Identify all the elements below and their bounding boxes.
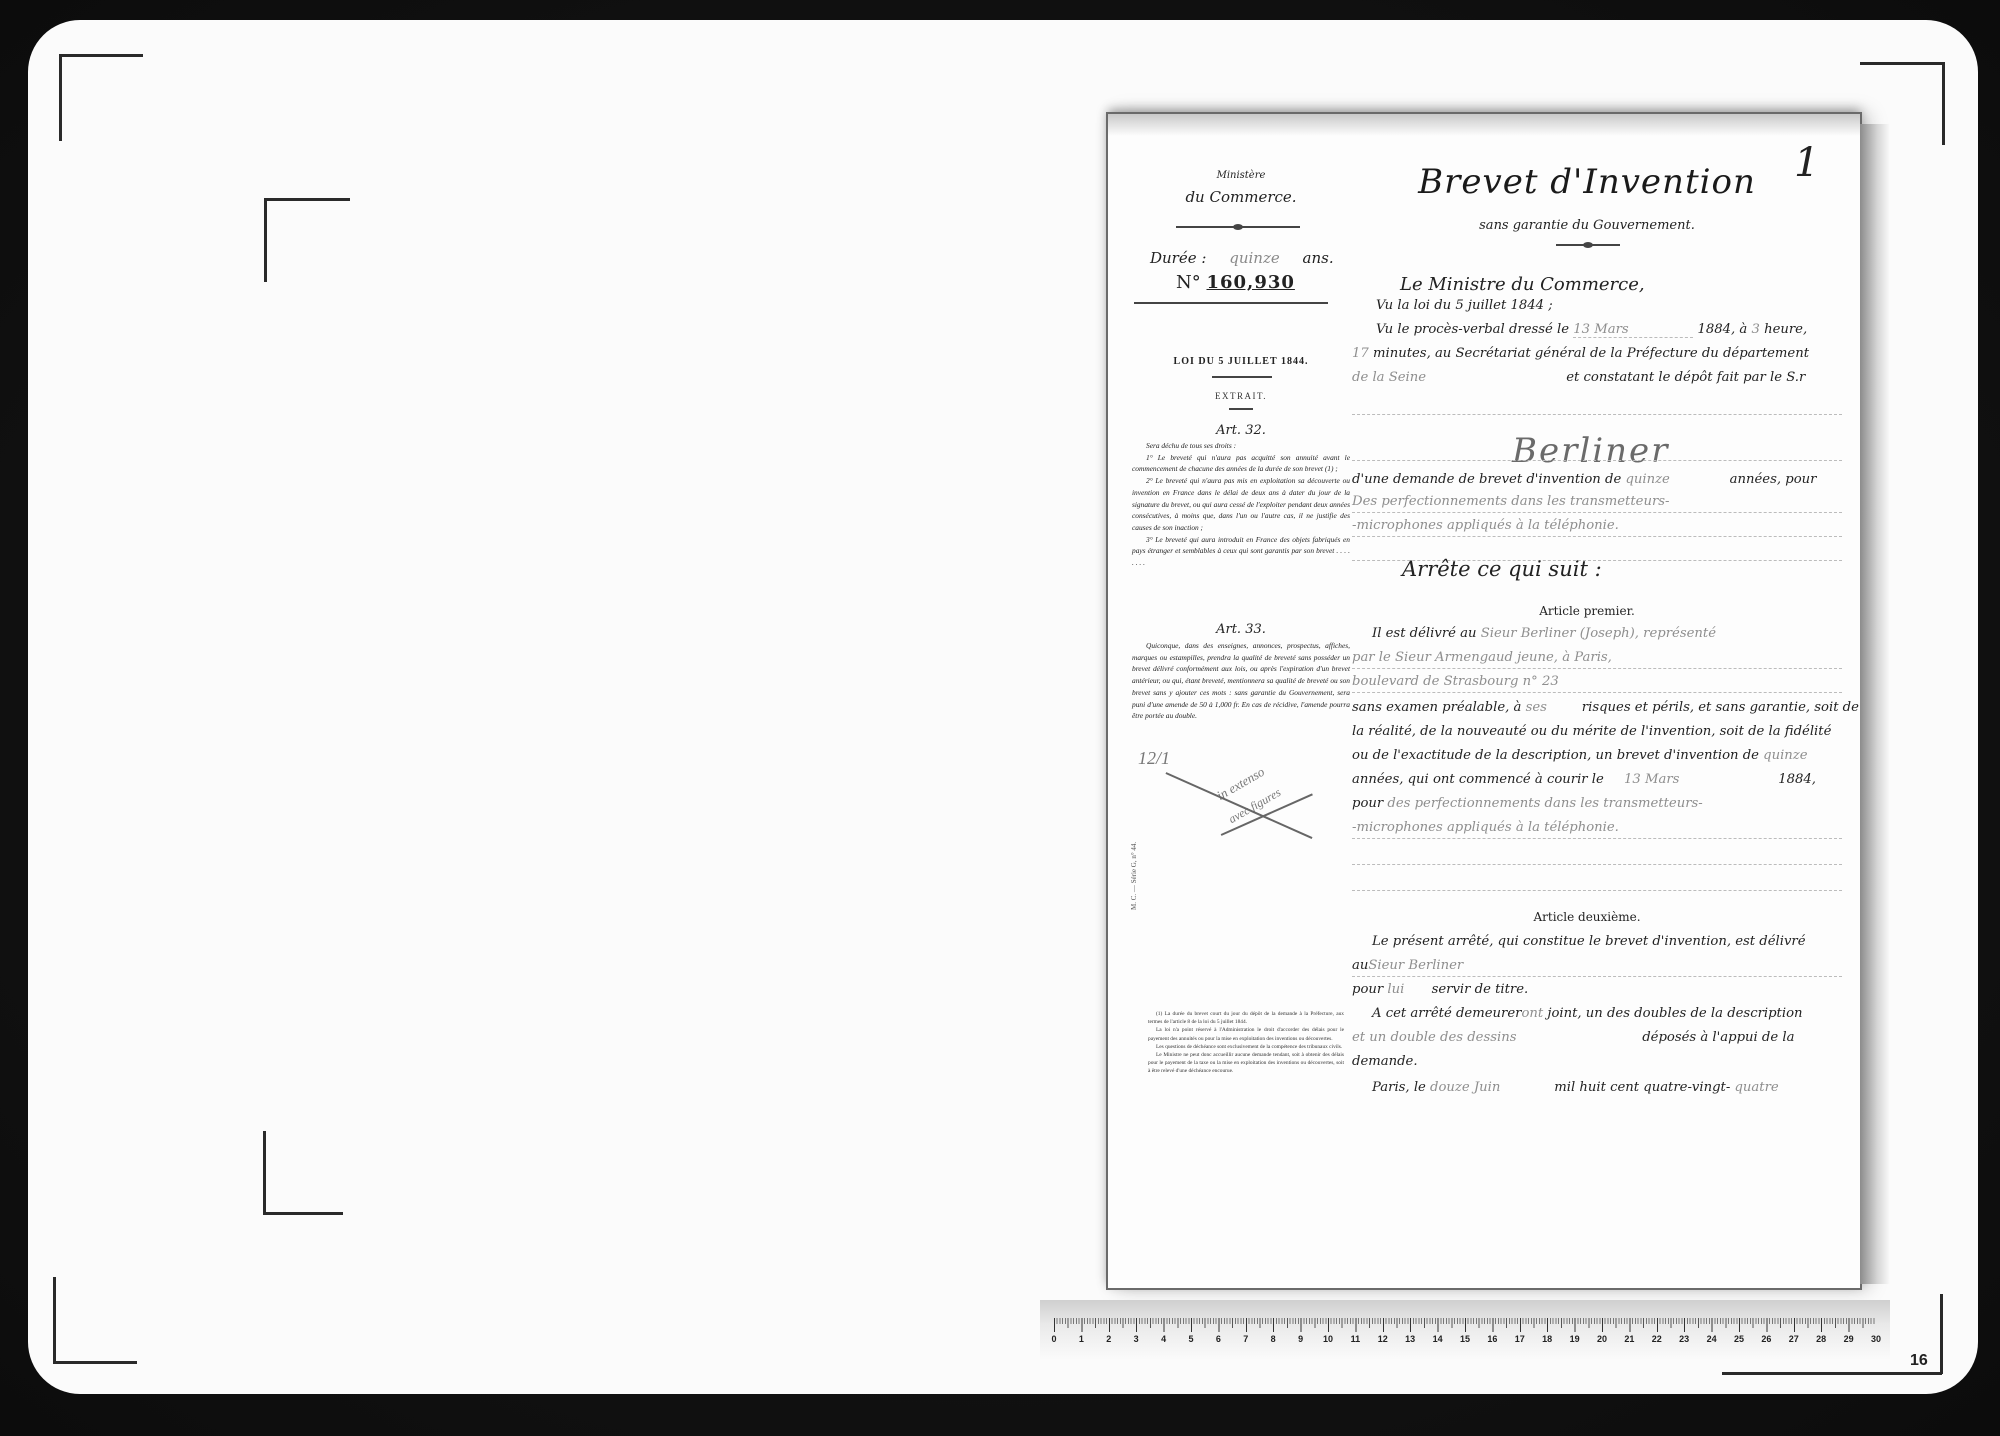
article-32-body: Sera déchu de tous ses droits : 1° Le br… — [1132, 440, 1350, 569]
article-32-para: 1° Le breveté qui n'aura pas acquitté so… — [1132, 452, 1350, 475]
demande-prefix: d'une demande de brevet d'invention de — [1352, 472, 1621, 487]
proces-verbal-line-3: de la Seine et constatant le dépôt fait … — [1352, 370, 1842, 385]
art2-lui: lui — [1387, 982, 1427, 997]
pv-line3: et constatant le dépôt fait par le S.r — [1566, 370, 1805, 385]
ruler-label: 24 — [1707, 1334, 1717, 1344]
art2-servir: servir de titre. — [1432, 982, 1529, 997]
ministry-label: Ministère — [1126, 170, 1356, 181]
ruler-label: 3 — [1134, 1334, 1139, 1344]
art1-text4-prefix: années, qui ont commencé à courir le — [1352, 772, 1604, 787]
art2-demande: demande. — [1352, 1054, 1842, 1069]
ruler-label: 15 — [1460, 1334, 1470, 1344]
art1-prefix: Il est délivré au — [1372, 626, 1476, 641]
art1-text1: sans examen préalable, à ses risques et … — [1352, 700, 1842, 715]
art1-text1-prefix: sans examen préalable, à — [1352, 700, 1521, 715]
ruler-label: 8 — [1271, 1334, 1276, 1344]
duration-label: Durée : — [1150, 249, 1206, 267]
ruled-line — [1352, 976, 1842, 977]
article-32-para: 2° Le breveté qui n'aura pas mis en expl… — [1132, 475, 1350, 534]
patent-document: 1 Ministère du Commerce. Durée : quinze … — [1108, 114, 1860, 1288]
art1-text3: ou de l'exactitude de la description, un… — [1352, 748, 1842, 763]
ruler-label: 12 — [1378, 1334, 1388, 1344]
form-reference: M. C. — Série G, n° 44. — [1130, 842, 1138, 910]
ruled-line — [1352, 692, 1842, 693]
article-32-heading: Art. 32. — [1126, 423, 1356, 438]
ruled-line — [1352, 536, 1842, 537]
ruler-label: 11 — [1351, 1334, 1361, 1344]
art1-text4: années, qui ont commencé à courir le 13 … — [1352, 772, 1842, 787]
art1-text2: la réalité, de la nouveauté ou du mérite… — [1352, 724, 1842, 739]
ruled-line — [1352, 890, 1842, 891]
patent-number: 160,930 — [1206, 272, 1294, 293]
article-deuxieme-title: Article deuxième. — [1352, 910, 1822, 924]
ruler-label: 22 — [1652, 1334, 1662, 1344]
ruler-label: 13 — [1405, 1334, 1415, 1344]
ruler-label: 17 — [1515, 1334, 1525, 1344]
document-subtitle: sans garantie du Gouvernement. — [1352, 218, 1822, 233]
art2-joint-line: A cet arrêté demeureront joint, un des d… — [1372, 1006, 1862, 1021]
ruled-line — [1352, 460, 1842, 461]
article-33-para: Quiconque, dans des enseignes, annonces,… — [1132, 640, 1350, 722]
art1-text1-suffix: risques et périls, et sans garantie, soi… — [1582, 700, 1859, 715]
duration-value: quinze — [1229, 249, 1280, 267]
pv-year: 1884, à — [1697, 322, 1747, 337]
ruler-label: 10 — [1323, 1334, 1333, 1344]
footnote: Les questions de déchéance sont exclusiv… — [1148, 1043, 1344, 1051]
article-32-para: 3° Le breveté qui aura introduit en Fran… — [1132, 534, 1350, 569]
date-line: Paris, le douze Juin mil huit cent quatr… — [1372, 1080, 1862, 1095]
section-rule — [1134, 302, 1328, 304]
ruler-label: 29 — [1844, 1334, 1854, 1344]
patent-number-field: N° 160,930 — [1176, 272, 1295, 293]
ruled-line — [1352, 414, 1842, 415]
extract-label: EXTRAIT. — [1126, 391, 1356, 401]
ruler-label: 30 — [1871, 1334, 1881, 1344]
date-year-text: mil huit cent quatre-vingt- — [1554, 1080, 1730, 1095]
pv-minutes: 17 — [1352, 346, 1369, 361]
art2-text1: Le présent arrêté, qui constitue le brev… — [1372, 934, 1862, 949]
paper-shadow — [1108, 114, 1860, 136]
ruler-label: 4 — [1161, 1334, 1166, 1344]
pv-prefix: Vu le procès-verbal dressé le — [1376, 322, 1569, 337]
art1-invention-line2: -microphones appliqués à la téléphonie. — [1352, 820, 1842, 835]
ministry-name: du Commerce. — [1126, 188, 1356, 206]
applicant-name: Berliner — [1512, 431, 1669, 471]
art1-duration: quinze — [1763, 748, 1807, 763]
art2-pour: pour — [1352, 982, 1383, 997]
ruler-label: 16 — [1487, 1334, 1497, 1344]
duration-unit: ans. — [1303, 249, 1334, 267]
frame-number: 16 — [1910, 1352, 1928, 1370]
ruler-label: 20 — [1597, 1334, 1607, 1344]
art2-recipient-line: auSieur Berliner — [1352, 958, 1842, 973]
ruler-label: 9 — [1298, 1334, 1303, 1344]
art1-start-year: 1884, — [1778, 772, 1816, 787]
ruled-line — [1352, 512, 1842, 513]
art2-joint-suffix: joint, un des doubles de la description — [1547, 1006, 1802, 1021]
ruler-label: 6 — [1216, 1334, 1221, 1344]
law-title: LOI DU 5 JUILLET 1844. — [1126, 356, 1356, 367]
art2-joint-prefix: A cet arrêté demeurer — [1372, 1006, 1521, 1021]
art1-line1: Il est délivré au Sieur Berliner (Joseph… — [1372, 626, 1862, 641]
ruler-label: 2 — [1106, 1334, 1111, 1344]
duration-field: Durée : quinze ans. — [1150, 249, 1334, 267]
ruler-ticks — [1054, 1318, 1876, 1332]
art1-grantee: Sieur Berliner (Joseph), représenté — [1481, 626, 1716, 641]
ruler-label: 21 — [1624, 1334, 1634, 1344]
article-33-heading: Art. 33. — [1126, 622, 1356, 637]
art1-pour: pour — [1352, 796, 1383, 811]
ornament-rule — [1176, 226, 1300, 228]
margin-fraction: 12/1 — [1138, 748, 1170, 769]
proces-verbal-line: Vu le procès-verbal dressé le 13 Mars 18… — [1376, 322, 1866, 338]
art1-invention-title1: des perfectionnements dans les transmett… — [1387, 796, 1702, 811]
salutation: Le Ministre du Commerce, — [1400, 274, 1645, 295]
art2-doubles-hand: et un double des dessins — [1352, 1030, 1638, 1045]
art1-line2: par le Sieur Armengaud jeune, à Paris, — [1352, 650, 1842, 665]
pv-hour: 3 — [1751, 322, 1759, 337]
art2-deposes: déposés à l'appui de la — [1642, 1030, 1794, 1045]
invention-title-line1: Des perfectionnements dans les transmett… — [1352, 494, 1842, 509]
ruler-label: 7 — [1243, 1334, 1248, 1344]
article-33-body: Quiconque, dans des enseignes, annonces,… — [1132, 640, 1350, 722]
art1-start-date: 13 Mars — [1624, 772, 1774, 787]
ruled-line — [1352, 864, 1842, 865]
demande-duration: quinze — [1625, 472, 1725, 487]
ruler-label: 1 — [1079, 1334, 1084, 1344]
article-32-para: Sera déchu de tous ses droits : — [1132, 440, 1350, 452]
pv-department: de la Seine — [1352, 370, 1562, 385]
art2-recipient: Sieur Berliner — [1368, 958, 1463, 973]
pv-date: 13 Mars — [1573, 322, 1693, 338]
invention-title-line2: -microphones appliqués à la téléphonie. — [1352, 518, 1842, 533]
ruled-line — [1352, 668, 1842, 669]
ornament-rule — [1556, 244, 1620, 246]
art2-servir-line: pour lui servir de titre. — [1352, 982, 1842, 997]
date-year-hand: quatre — [1734, 1080, 1778, 1095]
date-prefix: Paris, le — [1372, 1080, 1426, 1095]
document-title: Brevet d'Invention — [1352, 162, 1822, 202]
short-rule — [1212, 376, 1272, 378]
art1-line3: boulevard de Strasbourg n° 23 — [1352, 674, 1842, 689]
proces-verbal-line-2: 17 minutes, au Secrétariat général de la… — [1352, 346, 1842, 361]
measurement-ruler: 0123456789101112131415161718192021222324… — [1040, 1300, 1890, 1360]
footnotes: (1) La durée du brevet court du jour du … — [1148, 1010, 1344, 1076]
ruler-label: 25 — [1734, 1334, 1744, 1344]
short-rule-2 — [1229, 408, 1253, 410]
art1-invention-line1: pour des perfectionnements dans les tran… — [1352, 796, 1842, 811]
ruler-label: 19 — [1570, 1334, 1580, 1344]
footnote: La loi n'a point réservé à l'Administrat… — [1148, 1026, 1344, 1042]
vu-loi-line: Vu la loi du 5 juillet 1844 ; — [1376, 298, 1866, 313]
ruler-label: 28 — [1816, 1334, 1826, 1344]
footnote: (1) La durée du brevet court du jour du … — [1148, 1010, 1344, 1026]
art1-text3-prefix: ou de l'exactitude de la description, un… — [1352, 748, 1759, 763]
pv-line2: minutes, au Secrétariat général de la Pr… — [1373, 346, 1809, 361]
arrete-heading: Arrête ce qui suit : — [1402, 557, 1602, 581]
article-premier-title: Article premier. — [1352, 604, 1822, 618]
date-day: douze Juin — [1430, 1080, 1550, 1095]
ruler-label: 23 — [1679, 1334, 1689, 1344]
art2-joint-hand: ont — [1521, 1006, 1543, 1021]
ruler-label: 27 — [1789, 1334, 1799, 1344]
demande-line: d'une demande de brevet d'invention de q… — [1352, 472, 1842, 487]
art1-owner: ses — [1526, 700, 1578, 715]
ruler-label: 14 — [1433, 1334, 1443, 1344]
art2-au: au — [1352, 958, 1368, 973]
ruler-label: 18 — [1542, 1334, 1552, 1344]
pv-hour-label: heure, — [1764, 322, 1807, 337]
patent-number-label: N° — [1176, 272, 1201, 293]
footnote: Le Ministre ne peut donc accueillir aucu… — [1148, 1051, 1344, 1076]
art2-doubles-line: et un double des dessins déposés à l'app… — [1352, 1030, 1842, 1045]
ruler-label: 5 — [1188, 1334, 1193, 1344]
ruled-line — [1352, 838, 1842, 839]
ruler-label: 0 — [1051, 1334, 1056, 1344]
demande-suffix: années, pour — [1730, 472, 1817, 487]
ruler-label: 26 — [1761, 1334, 1771, 1344]
